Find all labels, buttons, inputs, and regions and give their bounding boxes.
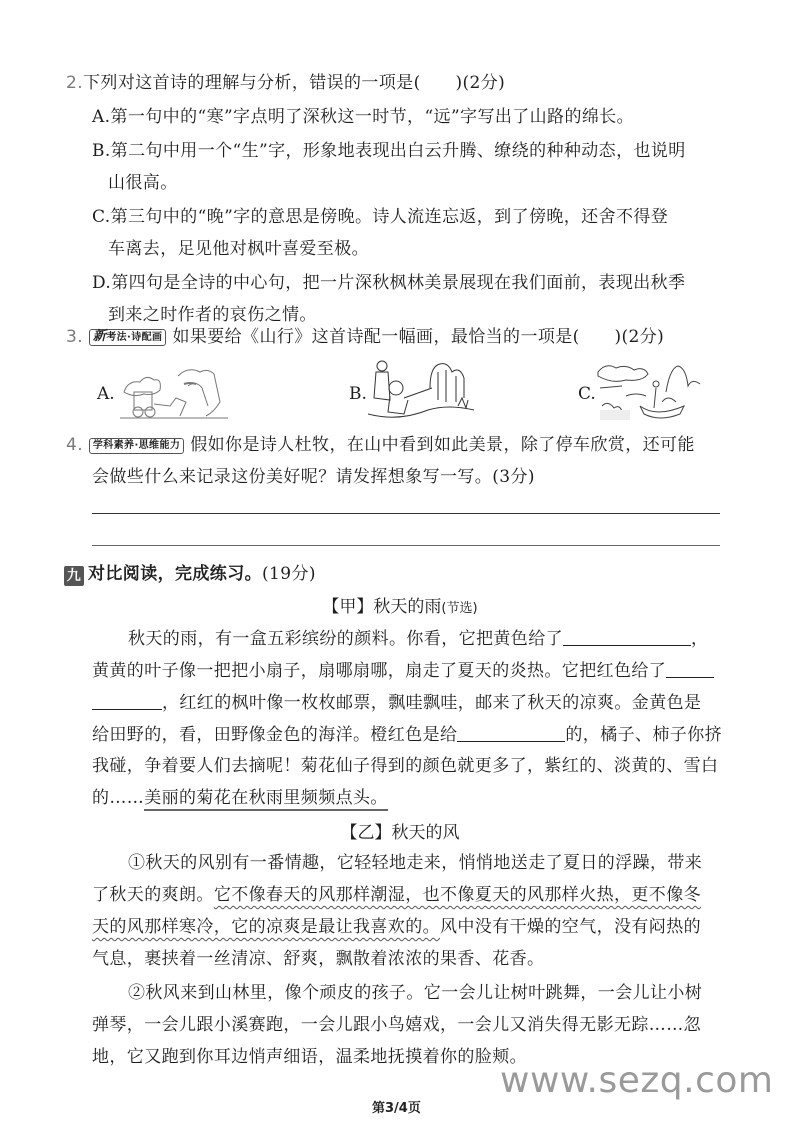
picture-c-illustration — [596, 362, 702, 422]
passage-title-text: 【甲】秋天的雨 — [322, 597, 441, 617]
answer-line-2[interactable] — [92, 545, 720, 546]
option-b: B.第二句中用一个“生”字，形象地表现出白云升腾、缭绕的种种动态，也说明 — [92, 140, 686, 162]
jia-line-2: 黄黄的叶子像一把把小扇子，扇哪扇哪，扇走了夏天的炎热。它把红色给了 — [92, 659, 714, 682]
question-text: 假如你是诗人杜牧，在山中看到如此美景，除了停车欣赏，还可能 — [190, 435, 695, 455]
page-number: 第3/4页 — [372, 1097, 421, 1116]
picture-a-label: A. — [97, 384, 115, 404]
passage-title-note: (节选) — [441, 601, 477, 616]
option-c: C.第三句中的“晚”字的意思是傍晚。诗人流连忘返，到了傍晚，还舍不得登 — [92, 206, 668, 228]
answer-line-1[interactable] — [92, 513, 720, 514]
jia-line-3: ，红红的枫叶像一枚枚邮票，飘哇飘哇，邮来了秋天的凉爽。金黄色是 — [92, 691, 701, 714]
fill-blank-2a[interactable] — [666, 659, 714, 678]
option-c-cont: 车离去，足见他对枫叶喜爱至极。 — [108, 238, 369, 260]
jia-line-1: 秋天的雨，有一盒五彩缤纷的颜料。你看，它把黄色给了， — [128, 627, 708, 650]
text: ， — [691, 629, 708, 649]
new-method-badge: 新考法·诗配画 — [89, 329, 167, 346]
question-4-stem: 4. 学科素养·思维能力假如你是诗人杜牧，在山中看到如此美景，除了停车欣赏，还可… — [66, 434, 695, 456]
text: 的，橘子、柿子你挤 — [565, 725, 722, 745]
picture-b-illustration — [368, 358, 476, 422]
fill-blank-3[interactable] — [457, 723, 565, 742]
picture-a-illustration — [118, 362, 238, 420]
text: 黄黄的叶子像一把把小扇子，扇哪扇哪，扇走了夏天的炎热。它把红色给了 — [92, 661, 666, 681]
section-number-badge: 九 — [64, 566, 84, 586]
exam-page: 2.下列对这首诗的理解与分析，错误的一项是( )(2分) A.第一句中的“寒”字… — [0, 0, 800, 1131]
yi-p2-line-1: ②秋风来到山林里，像个顽皮的孩子。它一会儿让树叶跳舞，一会儿让小树 — [128, 982, 702, 1004]
section-score: (19分) — [262, 564, 316, 584]
yi-p1-line-3: 天的风那样寒冷，它的凉爽是最让我喜欢的。风中没有干燥的空气，没有闷热的 — [92, 916, 701, 938]
option-a: A.第一句中的“寒”字点明了深秋这一时节，“远”字写出了山路的绵长。 — [92, 106, 634, 128]
underlined-sentence: 美丽的菊花在秋雨里频频点头。 — [144, 788, 388, 811]
fill-blank-1[interactable] — [563, 627, 691, 646]
question-4-stem-cont: 会做些什么来记录这份美好呢？请发挥想象写一写。(3分) — [92, 466, 535, 488]
text: 秋天的雨，有一盒五彩缤纷的颜料。你看，它把黄色给了 — [128, 629, 563, 649]
wavy-underlined-sentence: 天的风那样寒冷，它的凉爽是最让我喜欢的。 — [92, 917, 440, 937]
watermark: www.sezq.com — [500, 1060, 773, 1101]
question-3-stem: 3. 新考法·诗配画如果要给《山行》这首诗配一幅画，最恰当的一项是( )(2分) — [66, 326, 664, 348]
jia-line-6: 的……美丽的菊花在秋雨里频频点头。 — [92, 787, 388, 809]
question-number: 4. — [66, 435, 83, 455]
jia-line-5: 我碰，争着要人们去摘呢！菊花仙子得到的颜色就更多了，紫红的、淡黄的、雪白 — [92, 755, 718, 777]
question-number: 2. — [66, 73, 83, 93]
text: ，红红的枫叶像一枚枚邮票，飘哇飘哇，邮来了秋天的凉爽。金黄色是 — [162, 693, 701, 713]
wavy-underlined-sentence: 它不像春天的风那样潮湿，也不像夏天的风那样火热，更不像冬 — [214, 885, 701, 905]
passage-jia-title: 【甲】秋天的雨(节选) — [0, 592, 800, 617]
question-text: 如果要给《山行》这首诗配一幅画，最恰当的一项是( )(2分) — [172, 327, 664, 347]
option-d-cont: 到来之时作者的哀伤之情。 — [108, 304, 317, 326]
text: 给田野的，看，田野像金色的海洋。橙红色是给 — [92, 725, 457, 745]
section-9-heading: 九对比阅读，完成练习。(19分) — [64, 563, 316, 586]
text: 的…… — [92, 788, 144, 808]
fill-blank-2b[interactable] — [92, 691, 162, 710]
option-b-cont: 山很高。 — [108, 172, 178, 194]
text: 了秋天的爽朗。 — [92, 885, 214, 905]
option-d: D.第四句是全诗的中心句，把一片深秋枫林美景展现在我们面前，表现出秋季 — [92, 272, 685, 294]
picture-b-label: B. — [349, 384, 367, 404]
question-number: 3. — [66, 327, 83, 347]
literacy-badge: 学科素养·思维能力 — [89, 438, 184, 454]
jia-line-4: 给田野的，看，田野像金色的海洋。橙红色是给的，橘子、柿子你挤 — [92, 723, 722, 746]
yi-p2-line-2: 弹琴，一会儿跟小溪赛跑，一会儿跟小鸟嬉戏，一会儿又消失得无影无踪……忽 — [92, 1014, 701, 1036]
picture-c-label: C. — [578, 384, 596, 404]
yi-p1-line-2: 了秋天的爽朗。它不像春天的风那样潮湿，也不像夏天的风那样火热，更不像冬 — [92, 884, 701, 906]
question-text: 下列对这首诗的理解与分析，错误的一项是( )(2分) — [83, 73, 505, 93]
passage-yi-title: 【乙】秋天的风 — [0, 818, 800, 843]
badge-label: 考法·诗配画 — [106, 332, 162, 343]
question-2-stem: 2.下列对这首诗的理解与分析，错误的一项是( )(2分) — [66, 72, 505, 94]
yi-p2-line-3: 地，它又跑到你耳边悄声细语，温柔地抚摸着你的脸颊。 — [92, 1046, 527, 1068]
badge-xin: 新 — [93, 329, 106, 344]
yi-p1-line-4: 气息，裹挟着一丝清凉、舒爽，飘散着浓浓的果香、花香。 — [92, 948, 544, 970]
yi-p1-line-1: ①秋天的风别有一番情趣，它轻轻地走来，悄悄地送走了夏日的浮躁，带来 — [128, 852, 702, 874]
text: 风中没有干燥的空气，没有闷热的 — [440, 917, 701, 937]
section-title: 对比阅读，完成练习。 — [88, 564, 262, 584]
